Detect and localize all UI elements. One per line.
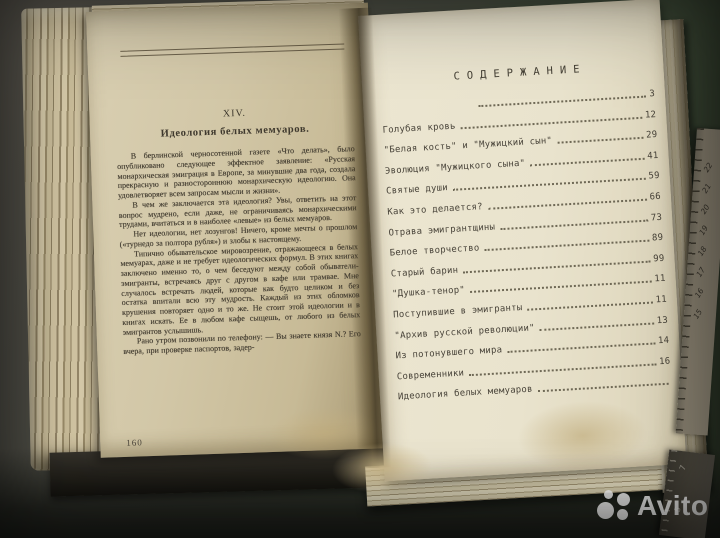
avito-logo-icon — [596, 489, 632, 523]
ruler-number: 19 — [697, 224, 710, 237]
body-paragraph: Типично обывательское мировозрение, отра… — [120, 242, 361, 338]
ruler-number: 17 — [694, 266, 707, 279]
toc-dot-leader — [540, 322, 654, 331]
page-number: 160 — [126, 437, 143, 448]
page-stain — [490, 383, 675, 489]
ruler-number: 21 — [700, 182, 713, 195]
photo-scene: XIV. Идеология белых мемуаров. В берлинс… — [0, 0, 720, 538]
toc-dot-leader — [527, 301, 652, 310]
toc-dot-leader — [557, 137, 643, 144]
toc-entry-label: "Архив русской революции" — [394, 323, 535, 341]
toc-entry-page: 3 — [649, 89, 655, 99]
left-page: XIV. Идеология белых мемуаров. В берлинс… — [86, 3, 383, 458]
toc-dot-leader — [453, 178, 646, 191]
toc-dot-leader — [478, 96, 646, 108]
toc-dot-leader — [463, 260, 650, 273]
toc-dot-leader — [500, 219, 648, 230]
ruler-number: 7 — [678, 464, 688, 472]
toc-entry-label: Белое творчество — [389, 244, 479, 259]
right-page-table-of-contents: СОДЕРЖАНИЕ 3 Голубая кровь 12 "Белая кос… — [358, 0, 686, 481]
chapter-number: XIV. — [115, 104, 353, 123]
toc-entry-page: 89 — [652, 233, 664, 244]
toc-entry-page: 66 — [649, 192, 661, 203]
toc-entry-page: 99 — [653, 254, 665, 265]
toc-entry-label: Старый барин — [391, 265, 459, 279]
ruler-number: 18 — [696, 245, 709, 258]
body-text: В берлинской черносотенной газете «Что д… — [117, 144, 362, 357]
toc-entry-label — [382, 110, 474, 115]
toc-entry-label: Отрава эмигрантщины — [388, 222, 495, 238]
toc-entry-page: 11 — [655, 295, 667, 306]
toc-dot-leader — [507, 343, 655, 354]
toc-entry-page: 14 — [658, 336, 670, 347]
toc-entry-label: "Белая кость" и "Мужицкий сын" — [384, 136, 553, 156]
toc-entry-label: Поступившие в эмигранты — [393, 303, 523, 320]
toc-entry-page: 59 — [648, 171, 660, 182]
ruler-number: 16 — [693, 287, 706, 300]
toc-entry-label: Как это делается? — [387, 202, 483, 217]
avito-watermark-text: Avito — [637, 490, 708, 522]
toc-entry-label: Эволюция "Мужицкого сына" — [385, 158, 526, 176]
toc-entry-label: "Душка-тенор" — [392, 286, 466, 300]
toc-entry-page: 16 — [659, 356, 671, 367]
ruler-number: 22 — [702, 161, 715, 174]
toc-entry-page: 12 — [645, 110, 657, 121]
ruler-number: 20 — [699, 203, 712, 216]
header-rule — [120, 43, 344, 56]
toc-dot-leader — [488, 199, 647, 210]
toc-entry-page: 41 — [647, 151, 659, 162]
toc-entry-page: 73 — [651, 212, 663, 223]
toc-dot-leader — [469, 363, 656, 376]
toc-entry-page: 29 — [646, 130, 658, 141]
toc-entry-label: Святые души — [386, 183, 448, 197]
toc-entry-page: 11 — [654, 274, 666, 285]
chapter-title: Идеология белых мемуаров. — [116, 122, 354, 141]
toc-dot-leader — [485, 240, 650, 251]
ruler-number: 15 — [691, 308, 704, 321]
toc-dot-leader — [470, 281, 652, 293]
body-paragraph: В берлинской черносотенной газете «Что д… — [117, 144, 356, 201]
toc-dot-leader — [461, 116, 643, 128]
toc-title: СОДЕРЖАНИЕ — [379, 59, 653, 87]
avito-watermark: Avito — [596, 489, 708, 523]
toc-entry-page: 13 — [657, 315, 669, 326]
page-stain — [316, 433, 447, 504]
toc-entry-label: Современники — [397, 368, 465, 382]
toc-entry-label: Из потонувшего мира — [395, 345, 502, 361]
toc-dot-leader — [530, 158, 644, 167]
toc-entry-label: Голубая кровь — [382, 121, 456, 135]
